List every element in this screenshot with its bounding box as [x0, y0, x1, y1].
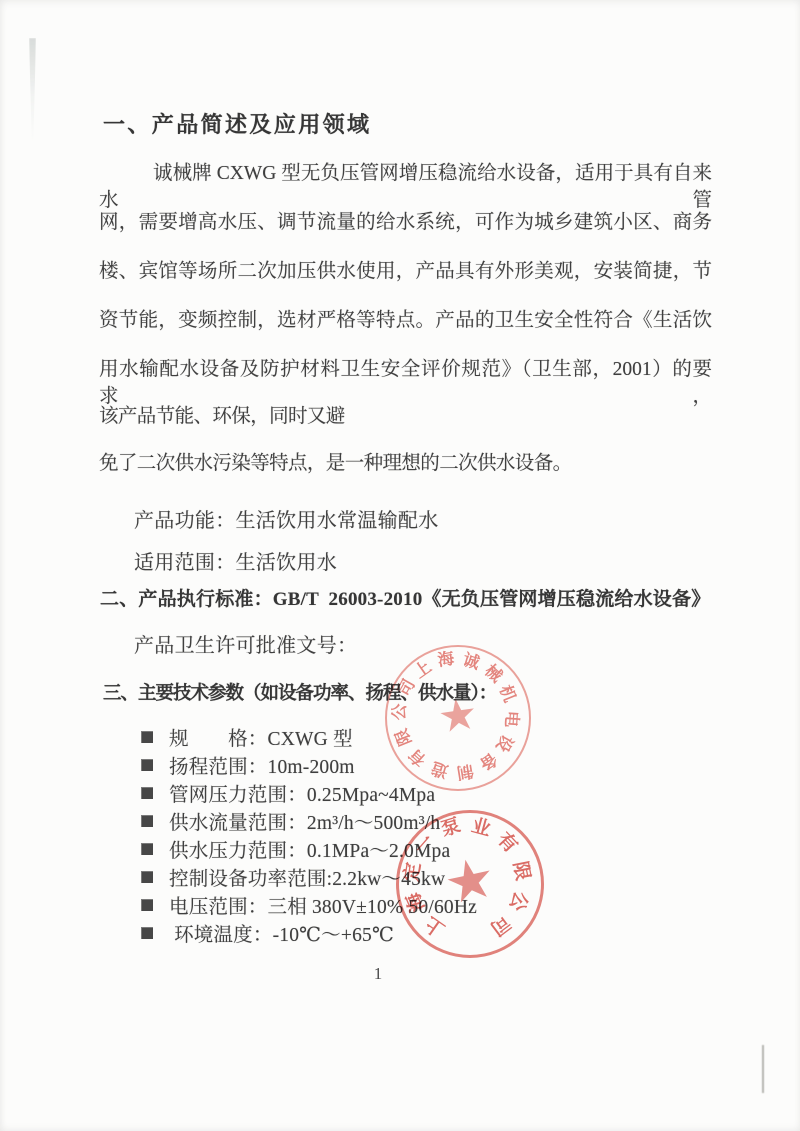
spec-item: 管网压力范围：0.25Mpa~4Mpa: [141, 779, 477, 807]
spec-item: 扬程范围：10m-200m: [141, 751, 477, 779]
paragraph-line: 免了二次供水污染等特点，是一种理想的二次供水设备。: [99, 450, 712, 477]
application-scope-line: 适用范围：生活饮用水: [134, 546, 337, 575]
bullet-square-icon: [141, 815, 153, 827]
seal-character: 司: [487, 912, 514, 939]
spec-item: 规 格：CXWG 型: [141, 723, 477, 751]
bullet-square-icon: [141, 871, 153, 883]
seal-character: 限: [510, 859, 532, 881]
spec-item: 电压范围：三相 380V±10% 50/60Hz: [141, 891, 477, 919]
paragraph-line: 资节能，变频控制，选材严格等特点。产品的卫生安全性符合《生活饮: [99, 307, 712, 334]
seal-character: 电: [503, 710, 520, 727]
seal-character: 有: [494, 830, 521, 857]
spec-item-text: 管网压力范围：0.25Mpa~4Mpa: [169, 779, 435, 807]
seal-character: 设: [493, 732, 515, 754]
bullet-square-icon: [141, 927, 153, 939]
page-number: 1: [0, 964, 756, 984]
paragraph-line: 用水输配水设备及防护材料卫生安全评价规范》（卫生部，2001）的要求，: [99, 356, 712, 410]
spec-item-text: 扬程范围：10m-200m: [169, 751, 355, 779]
bullet-square-icon: [141, 843, 153, 855]
spec-item: 供水压力范围：0.1MPa～2.0Mpa: [141, 835, 477, 863]
spec-item: 环境温度：-10℃～+65℃: [141, 919, 477, 947]
seal-character: 诚: [461, 652, 481, 672]
section-3-heading: 三、主要技术参数（如设备功率、扬程、供水量）：: [103, 679, 496, 705]
spec-item-text: 环境温度：-10℃～+65℃: [169, 919, 394, 947]
section-2-heading: 二、产品执行标准：GB/T 26003-2010《无负压管网增压稳流给水设备》: [100, 584, 710, 611]
seal-character: 机: [497, 684, 519, 706]
spec-item: 供水流量范围：2m³/h～500m³/h: [141, 807, 477, 835]
scanned-document-page: 一、产品简述及应用领域 诚械牌 CXWG 型无负压管网增压稳流给水设备，适用于具…: [0, 0, 800, 1131]
seal-character: 公: [506, 888, 531, 913]
seal-character: 上: [412, 658, 435, 681]
scan-artifact-streak: [29, 38, 36, 143]
spec-item-text: 供水压力范围：0.1MPa～2.0Mpa: [169, 835, 450, 863]
tech-spec-list: 规 格：CXWG 型 扬程范围：10m-200m 管网压力范围：0.25Mpa~…: [141, 723, 477, 947]
product-function-line: 产品功能：生活饮用水常温输配水: [134, 504, 439, 533]
spec-item-text: 规 格：CXWG 型: [169, 723, 353, 751]
bullet-square-icon: [141, 731, 153, 743]
hygiene-license-line: 产品卫生许可批准文号：: [134, 629, 357, 658]
paragraph-line: 网，需要增高水压、调节流量的给水系统，可作为城乡建筑小区、商务: [99, 209, 712, 236]
paragraph-line: 楼、宾馆等场所二次加压供水使用，产品具有外形美观，安装简捷，节: [99, 258, 712, 285]
seal-character: 备: [476, 750, 499, 773]
spec-item-text: 供水流量范围：2m³/h～500m³/h: [169, 807, 440, 835]
paragraph-line: 诚械牌 CXWG 型无负压管网增压稳流给水设备，适用于具有自来水管: [99, 160, 712, 214]
bullet-square-icon: [141, 759, 153, 771]
seal-character: 公: [391, 703, 408, 720]
paragraph-line: 该产品节能、环保，同时又避: [99, 403, 712, 430]
section-1-heading: 一、产品简述及应用领域: [103, 108, 371, 139]
seal-character: 海: [437, 651, 456, 670]
spec-item: 控制设备功率范围:2.2kw～45kw: [141, 863, 477, 891]
scan-artifact-edge-line: [762, 1045, 764, 1093]
spec-item-text: 控制设备功率范围:2.2kw～45kw: [169, 863, 445, 891]
spec-item-text: 电压范围：三相 380V±10% 50/60Hz: [169, 891, 477, 919]
bullet-square-icon: [141, 787, 153, 799]
bullet-square-icon: [141, 899, 153, 911]
